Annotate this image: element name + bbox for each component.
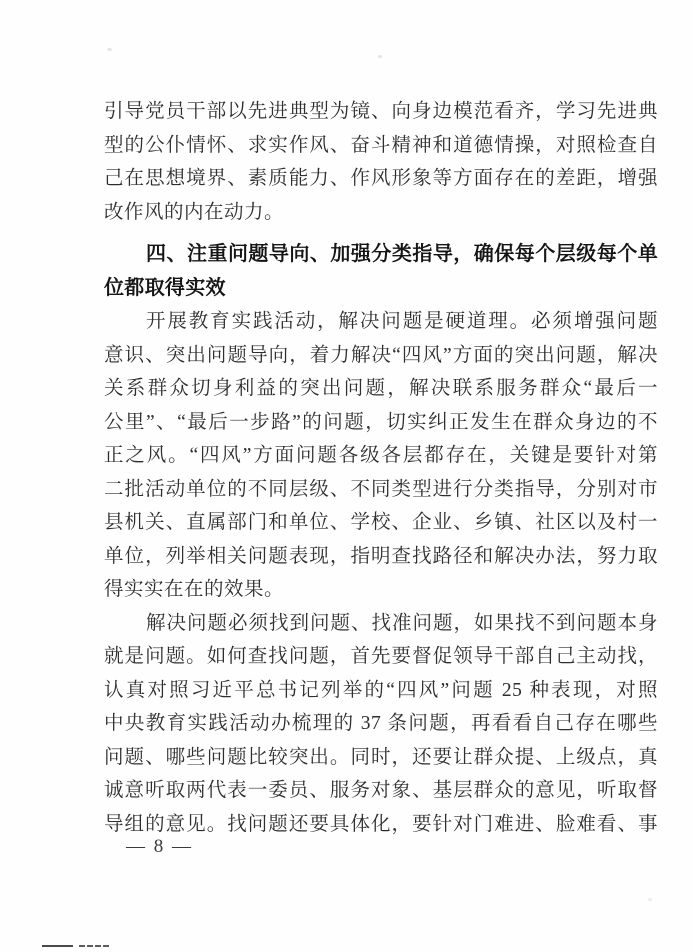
section-heading-line: 位都取得实效 xyxy=(104,272,658,306)
paragraph2-line: 县机关、直属部门和单位、学校、企业、乡镇、社区以及村一级 xyxy=(104,506,658,540)
section-heading-line: 四、注重问题导向、加强分类指导，确保每个层级每个单 xyxy=(104,238,658,272)
paragraph1-line: 型的公仆情怀、求实作风、奋斗精神和道德情操，对照检查自 xyxy=(104,129,658,163)
paragraph3-line: 诚意听取两代表一委员、服务对象、基层群众的意见，听取督 xyxy=(104,774,658,808)
scan-speck xyxy=(378,55,382,58)
paragraph2-line: 得实实在在的效果。 xyxy=(104,573,658,607)
paragraph3-line: 解决问题必须找到问题、找准问题，如果找不到问题本身 xyxy=(104,607,658,641)
scan-edge-artifact xyxy=(42,945,109,947)
paragraph2-line: 单位，列举相关问题表现，指明查找路径和解决办法，努力取 xyxy=(104,540,658,574)
paragraph2-line: 开展教育实践活动，解决问题是硬道理。必须增强问题 xyxy=(104,305,658,339)
paragraph3-line: 问题、哪些问题比较突出。同时，还要让群众提、上级点，真心 xyxy=(104,741,658,775)
document-body: 引导党员干部以先进典型为镜、向身边模范看齐，学习先进典 型的公仆情怀、求实作风、… xyxy=(104,95,658,841)
paragraph1-line: 改作风的内在动力。 xyxy=(104,196,658,230)
page-number: — 8 — xyxy=(126,836,193,858)
paragraph2-line: 公里”、“最后一步路”的问题，切实纠正发生在群众身边的不 xyxy=(104,406,658,440)
paragraph1-line: 引导党员干部以先进典型为镜、向身边模范看齐，学习先进典 xyxy=(104,95,658,129)
paragraph3-line: 认真对照习近平总书记列举的“四风”问题 25 种表现，对照 xyxy=(104,674,658,708)
paragraph1-line: 己在思想境界、素质能力、作风形象等方面存在的差距，增强 xyxy=(104,162,658,196)
paragraph2-line: 关系群众切身利益的突出问题，解决联系服务群众“最后一 xyxy=(104,372,658,406)
scan-speck xyxy=(107,48,112,51)
paragraph2-line: 正之风。“四风”方面问题各级各层都存在，关键是要针对第 xyxy=(104,439,658,473)
paragraph3-line: 就是问题。如何查找问题，首先要督促领导干部自己主动找， xyxy=(104,640,658,674)
scan-speck xyxy=(648,898,652,901)
paragraph2-line: 二批活动单位的不同层级、不同类型进行分类指导，分别对市 xyxy=(104,473,658,507)
scan-dash xyxy=(42,945,73,947)
scanned-document-page: 引导党员干部以先进典型为镜、向身边模范看齐，学习先进典 型的公仆情怀、求实作风、… xyxy=(0,0,693,952)
paragraph3-line: 中央教育实践活动办梳理的 37 条问题，再看看自己存在哪些 xyxy=(104,707,658,741)
paragraph2-line: 意识、突出问题导向，着力解决“四风”方面的突出问题，解决 xyxy=(104,339,658,373)
scan-dash xyxy=(79,945,109,947)
